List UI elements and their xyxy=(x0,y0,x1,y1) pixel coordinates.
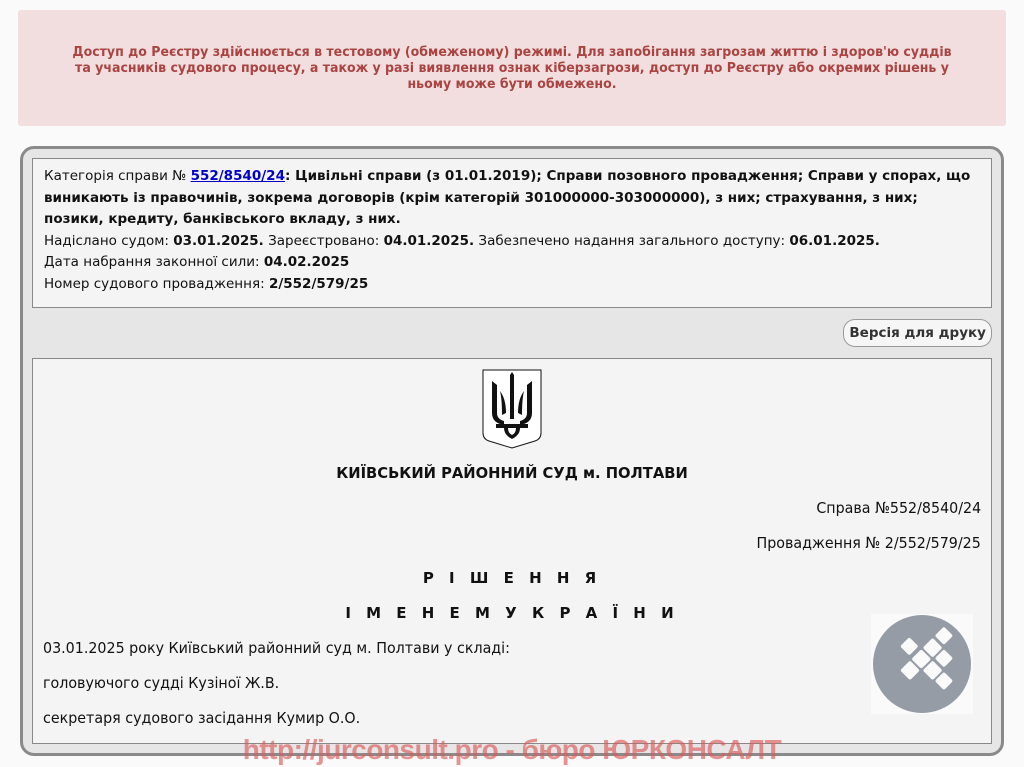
decision-paragraph: головуючого судді Кузіної Ж.В. xyxy=(43,674,279,692)
watermark-link[interactable]: http://jurconsult.pro - бюро ЮРКОНСАЛТ xyxy=(0,734,1024,766)
case-category: Категорія справи № 552/8540/24: Цивільні… xyxy=(44,166,980,231)
registered-date: 04.01.2025. xyxy=(384,233,475,249)
case-dates: Надіслано судом: 03.01.2025. Зареєстрова… xyxy=(44,231,980,253)
public-access-date: 06.01.2025. xyxy=(789,233,880,249)
court-name: КИЇВСЬКИЙ РАЙОННИЙ СУД м. ПОЛТАВИ xyxy=(57,464,967,482)
proceeding-number-line: Провадження № 2/552/579/25 xyxy=(757,534,981,552)
case-number-line: Справа №552/8540/24 xyxy=(816,499,981,517)
effective-date: 04.02.2025 xyxy=(264,254,349,270)
floating-badge[interactable] xyxy=(871,614,973,714)
decision-document: КИЇВСЬКИЙ РАЙОННИЙ СУД м. ПОЛТАВИ Справа… xyxy=(32,358,992,744)
case-number-link[interactable]: 552/8540/24 xyxy=(191,168,285,184)
decision-title: Р І Ш Е Н Н Я xyxy=(33,569,991,587)
access-notice: Доступ до Реєстру здійснюється в тестово… xyxy=(18,10,1006,126)
decision-paragraph: секретаря судового засідання Кумир О.О. xyxy=(43,709,360,727)
proceeding-number-row: Номер судового провадження: 2/552/579/25 xyxy=(44,274,980,296)
case-info-panel: Категорія справи № 552/8540/24: Цивільні… xyxy=(32,158,992,308)
decision-paragraph: 03.01.2025 року Київський районний суд м… xyxy=(43,639,510,657)
coat-of-arms-icon xyxy=(482,369,542,449)
print-version-button[interactable]: Версія для друку xyxy=(843,319,992,347)
decision-subtitle: І М Е Н Е М У К Р А Ї Н И xyxy=(33,604,991,622)
proceeding-number: 2/552/579/25 xyxy=(269,276,368,292)
puzzle-logo-icon xyxy=(872,614,972,714)
access-notice-text: Доступ до Реєстру здійснюється в тестово… xyxy=(67,44,956,92)
decision-container: Категорія справи № 552/8540/24: Цивільні… xyxy=(20,146,1004,756)
effective-date-row: Дата набрання законної сили: 04.02.2025 xyxy=(44,252,980,274)
sent-date: 03.01.2025. xyxy=(173,233,264,249)
